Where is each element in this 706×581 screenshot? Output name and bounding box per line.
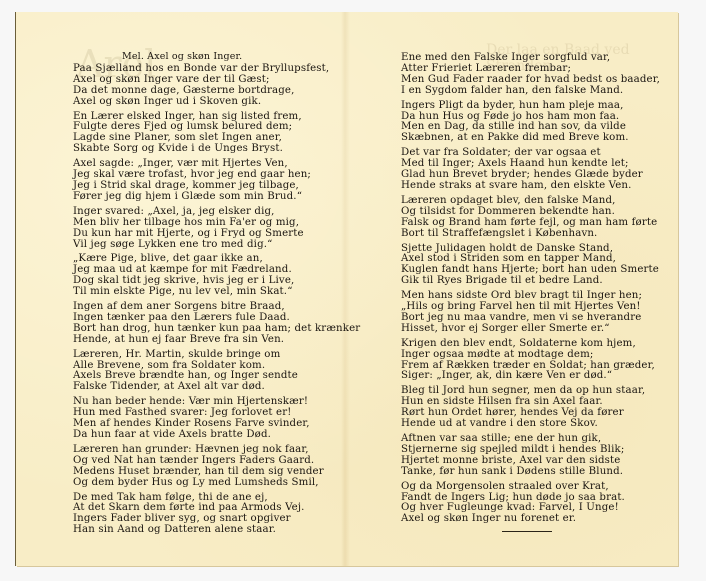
verse-line: I en Sygdom falder han, den falske Mand. <box>401 86 691 97</box>
verse-line: Skabte Sorg og Kvide i de Unges Bryst. <box>73 144 363 155</box>
verse-line: Hende, at hun ej faar Breve fra sin Ven. <box>73 335 363 346</box>
verse-line: Fører jeg dig hjem i Glæde som min Brud.… <box>73 192 363 203</box>
verse-line: Falsk og Brand ham førte fejl, og man ha… <box>401 218 691 229</box>
verse-line: Da hun faar at vide Axels bratte Død. <box>73 430 363 441</box>
stanza: Læreren, Hr. Martin, skulde bringe omAll… <box>73 350 363 394</box>
stanza: Ingen af dem aner Sorgens bitre Braad,In… <box>73 302 363 346</box>
stanza: Læreren han grunder: Hævnen jeg nok faar… <box>73 445 363 489</box>
verse-line: Axel og skøn Inger ud i Skoven gik. <box>73 97 363 108</box>
stanza: Krigen den blev endt, Soldaterne kom hje… <box>401 339 691 383</box>
verse-line: Ingers Pligt da byder, hun ham pleje maa… <box>401 101 691 112</box>
stanza: „Kære Pige, blive, det gaar ikke an,Jeg … <box>73 254 363 298</box>
verse-line: Til min elskte Pige, nu lev vel, min Ska… <box>73 287 363 298</box>
verse-line: Tanke, før hun sank i Dødens stille Blun… <box>401 467 691 478</box>
verse-line: Da det monne dage, Gæsterne bortdrage, <box>73 86 363 97</box>
verse-line: Medens Huset brænder, han til dem sig ve… <box>73 467 363 478</box>
stanza: Bleg til Jord hun segner, men da op hun … <box>401 386 691 430</box>
stanza: Ingers Pligt da byder, hun ham pleje maa… <box>401 101 691 145</box>
stanza: Axel sagde: „Inger, vær mit Hjertes Ven,… <box>73 159 363 203</box>
verse-line: Du kun har mit Hjerte, og i Fryd og Smer… <box>73 229 363 240</box>
stanza: Inger svared: „Axel, ja, jeg elsker dig,… <box>73 207 363 251</box>
verse-line: Siger: „Inger, ak, din kære Ven er død.“ <box>401 371 691 382</box>
stanza: Nu han beder hende: Vær min Hjertenskær!… <box>73 397 363 441</box>
left-stanzas: Paa Sjælland hos en Bonde var der Bryllu… <box>73 64 363 536</box>
end-rule-divider <box>502 531 552 532</box>
verse-line: Falske Tidender, at Axel alt var død. <box>73 382 363 393</box>
verse-line: Og dem byder Hus og Ly med Lumsheds Smil… <box>73 478 363 489</box>
left-column: Mel. Axel og skøn Inger. Paa Sjælland ho… <box>73 52 363 540</box>
verse-line: Skæbnen, at en Pakke did med Breve kom. <box>401 133 691 144</box>
right-column: Ene med den Falske Inger sorgfuld var,At… <box>401 53 691 532</box>
verse-line: Inger ogsaa mødte at modtage dem; <box>401 350 691 361</box>
verse-line: Hende ud at vandre i den store Skov. <box>401 419 691 430</box>
verse-line: Hende straks at svare ham, den elskte Ve… <box>401 181 691 192</box>
stanza: Det var fra Soldater; der var ogsaa etMe… <box>401 148 691 192</box>
right-stanzas: Ene med den Falske Inger sorgfuld var,At… <box>401 53 691 525</box>
verse-line: Men bliv her tilbage hos min Fa'er og mi… <box>73 218 363 229</box>
stanza: De med Tak ham følge, thi de ane ej,At d… <box>73 493 363 537</box>
verse-line: Bort til Straffefængslet i København. <box>401 229 691 240</box>
stanza: Ene med den Falske Inger sorgfuld var,At… <box>401 53 691 97</box>
verse-line: Axel og skøn Inger nu forenet er. <box>401 514 691 525</box>
verse-line: Læreren, Hr. Martin, skulde bringe om <box>73 350 363 361</box>
melody-heading: Mel. Axel og skøn Inger. <box>122 52 363 63</box>
stanza: En Lærer elsked Inger, han sig listed fr… <box>73 112 363 156</box>
verse-line: Hisset, hvor ej Sorger eller Smerte er.“ <box>401 324 691 335</box>
printed-song-sheet: Arel Der laa en Baad ved Stranden Mel. A… <box>16 12 678 566</box>
verse-line: Han sin Aand og Datteren alene staar. <box>73 525 363 536</box>
stanza: Men hans sidste Ord blev bragt til Inger… <box>401 291 691 335</box>
verse-line: Vil jeg søge Lykken ene tro med dig.“ <box>73 240 363 251</box>
stanza: Paa Sjælland hos en Bonde var der Bryllu… <box>73 64 363 108</box>
stanza: Sjette Julidagen holdt de Danske Stand,A… <box>401 244 691 288</box>
stanza: Og da Morgensolen straaled over Krat,Fan… <box>401 482 691 526</box>
verse-line: Og da Morgensolen straaled over Krat, <box>401 482 691 493</box>
stanza: Læreren opdaget blev, den falske Mand,Og… <box>401 196 691 240</box>
stanza: Aftnen var saa stille; ene der hun gik,S… <box>401 434 691 478</box>
verse-line: Gik til Ryes Brigade til et bedre Land. <box>401 276 691 287</box>
